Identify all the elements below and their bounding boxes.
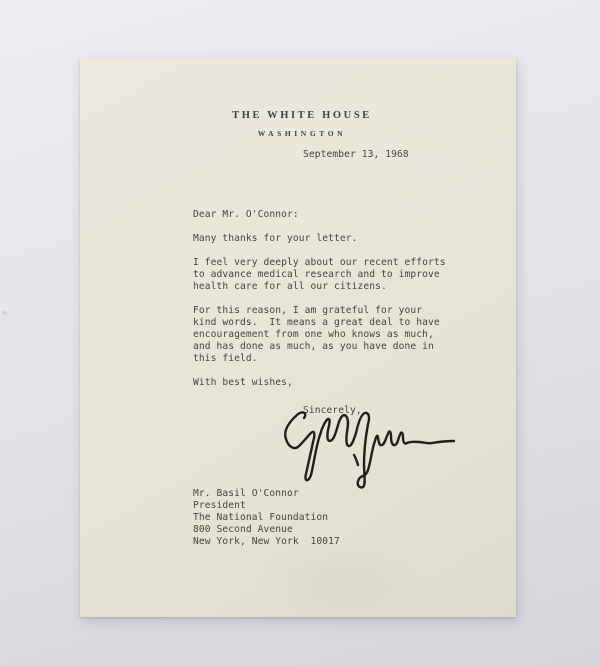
salutation-line: Dear Mr. O'Connor: [193,209,446,221]
letterhead-title: THE WHITE HOUSE [84,110,520,121]
letterhead: THE WHITE HOUSE WASHINGTON [84,110,520,138]
body-line: kind words. It means a great deal to hav… [193,317,446,329]
signature-stroke [285,412,454,487]
paragraph-3: For this reason, I am grateful for your … [193,305,446,365]
body-line: I feel very deeply about our recent effo… [193,257,446,269]
body-line: For this reason, I am grateful for your [193,305,446,317]
recipient-street: 800 Second Avenue [193,524,340,536]
lyndon-b-johnson-signature-icon [258,408,458,498]
recipient-address-block: Mr. Basil O'Connor President The Nationa… [193,488,340,548]
body-line: Many thanks for your letter. [193,233,446,245]
letterhead-subtitle: WASHINGTON [84,130,520,138]
recipient-title: President [193,500,340,512]
recipient-name: Mr. Basil O'Connor [193,488,340,500]
recipient-organization: The National Foundation [193,512,340,524]
photo-background: THE WHITE HOUSE WASHINGTON September 13,… [0,0,600,666]
body-line: encouragement from one who knows as much… [193,329,446,341]
paragraph-2: I feel very deeply about our recent effo… [193,257,446,293]
recipient-city-zip: New York, New York 10017 [193,536,340,548]
letter-paper: THE WHITE HOUSE WASHINGTON September 13,… [80,58,516,617]
salutation: Dear Mr. O'Connor: [193,209,446,221]
date-line: September 13, 1968 [303,149,409,161]
body-line: and has done as much, as you have done i… [193,341,446,353]
paragraph-4: With best wishes, [193,377,446,389]
body-line: to advance medical research and to impro… [193,269,446,281]
body-line: health care for all our citizens. [193,281,446,293]
body-line: With best wishes, [193,377,446,389]
signature-tick-stroke [354,455,358,465]
photo-dust-speck [2,311,7,315]
body-line: this field. [193,353,446,365]
letter-body: Dear Mr. O'Connor: Many thanks for your … [193,209,446,401]
paragraph-1: Many thanks for your letter. [193,233,446,245]
